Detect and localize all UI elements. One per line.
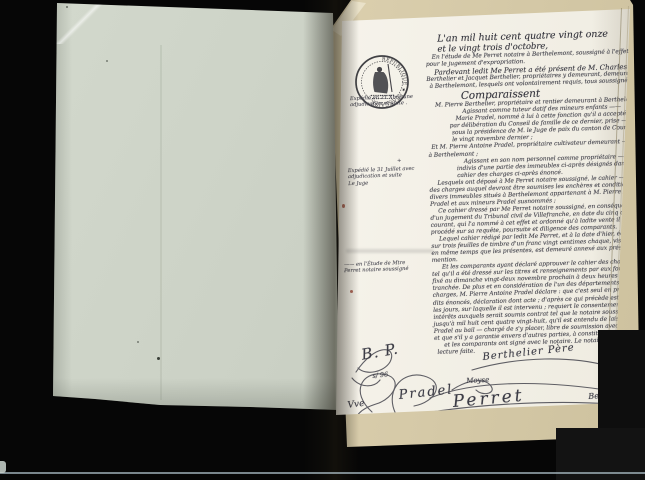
scanner-edge-notch — [0, 461, 6, 473]
cover-dark-area — [598, 330, 645, 440]
left-page-edge-shading — [52, 0, 72, 410]
paper-speck — [137, 341, 139, 343]
paper-speck — [106, 60, 108, 62]
paper-speck — [66, 6, 68, 8]
left-page-corner-crease — [54, 2, 106, 44]
scanner-bed-line — [0, 472, 645, 474]
left-page-vertical-crease — [160, 45, 162, 400]
scanned-document: RÉPUBLIQUE ★ FRANÇAISE Expédié en 21 Xbr… — [0, 0, 645, 480]
paper-speck — [157, 357, 160, 360]
spine-gutter-shadow — [303, 0, 359, 480]
